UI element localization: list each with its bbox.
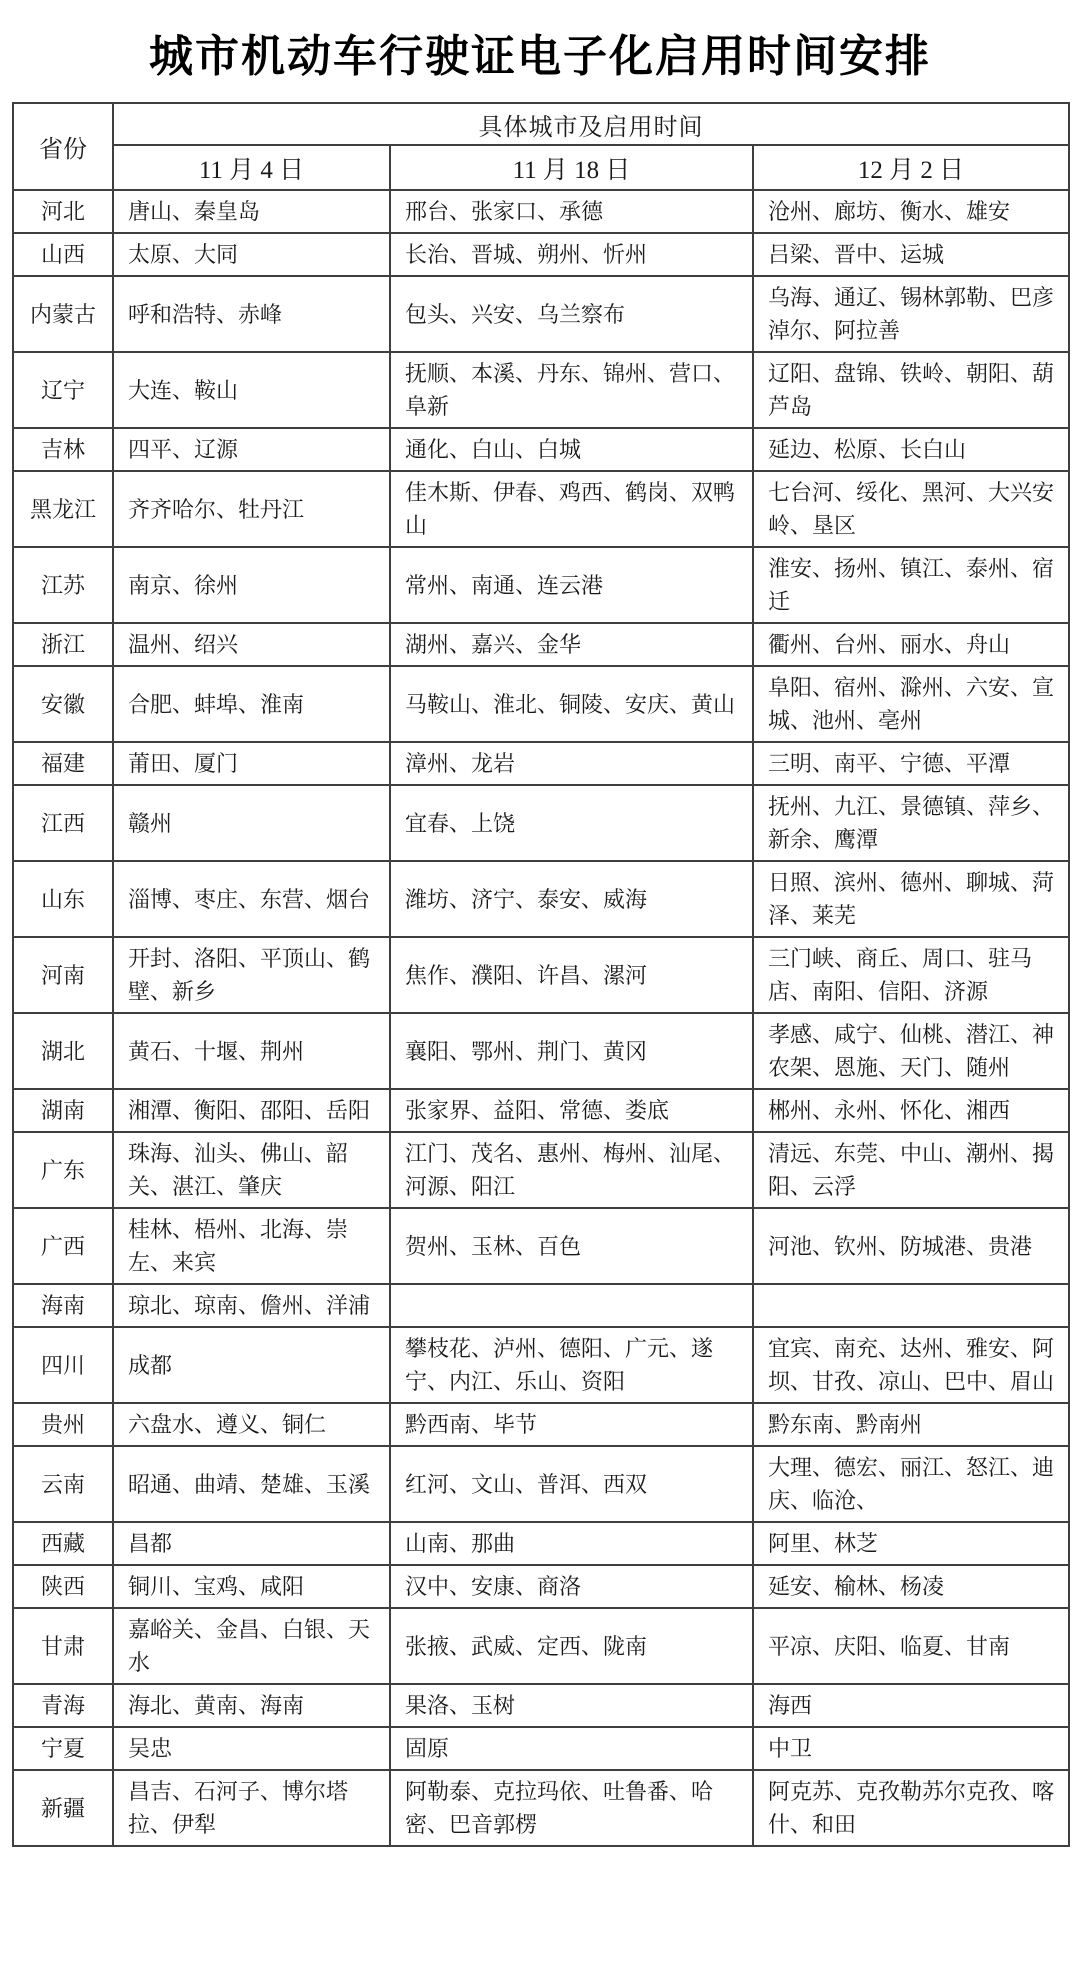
province-cell: 辽宁 [13,352,113,428]
table-row: 吉林四平、辽源通化、白山、白城延边、松原、长白山 [13,428,1069,471]
cities-cell-d1202: 宜宾、南充、达州、雅安、阿坝、甘孜、凉山、巴中、眉山 [753,1327,1069,1403]
cities-cell-d1118: 潍坊、济宁、泰安、威海 [390,861,753,937]
table-row: 广东珠海、汕头、佛山、韶关、湛江、肇庆江门、茂名、惠州、梅州、汕尾、河源、阳江清… [13,1132,1069,1208]
cities-cell-d1104: 昌吉、石河子、博尔塔拉、伊犁 [113,1770,390,1846]
province-cell: 四川 [13,1327,113,1403]
page-title: 城市机动车行驶证电子化启用时间安排 [0,0,1080,102]
cities-cell-d1118: 张掖、武威、定西、陇南 [390,1608,753,1684]
schedule-table: 省份 具体城市及启用时间 11 月 4 日 11 月 18 日 12 月 2 日… [12,102,1070,1847]
province-cell: 广西 [13,1208,113,1284]
cities-cell-d1202 [753,1284,1069,1327]
cities-cell-d1104: 温州、绍兴 [113,623,390,666]
cities-cell-d1118: 包头、兴安、乌兰察布 [390,276,753,352]
cities-cell-d1202: 河池、钦州、防城港、贵港 [753,1208,1069,1284]
table-row: 新疆昌吉、石河子、博尔塔拉、伊犁阿勒泰、克拉玛依、吐鲁番、哈密、巴音郭楞阿克苏、… [13,1770,1069,1846]
table-body: 河北唐山、秦皇岛邢台、张家口、承德沧州、廊坊、衡水、雄安山西太原、大同长治、晋城… [13,190,1069,1846]
table-row: 海南琼北、琼南、儋州、洋浦 [13,1284,1069,1327]
cities-cell-d1118: 阿勒泰、克拉玛依、吐鲁番、哈密、巴音郭楞 [390,1770,753,1846]
cities-cell-d1118: 红河、文山、普洱、西双 [390,1446,753,1522]
cities-cell-d1104: 莆田、厦门 [113,742,390,785]
cities-cell-d1104: 大连、鞍山 [113,352,390,428]
province-cell: 安徽 [13,666,113,742]
cities-cell-d1118: 马鞍山、淮北、铜陵、安庆、黄山 [390,666,753,742]
cities-cell-d1104: 桂林、梧州、北海、崇左、来宾 [113,1208,390,1284]
cities-cell-d1202: 清远、东莞、中山、潮州、揭阳、云浮 [753,1132,1069,1208]
cities-cell-d1202: 七台河、绥化、黑河、大兴安岭、垦区 [753,471,1069,547]
province-cell: 青海 [13,1684,113,1727]
table-row: 湖北黄石、十堰、荆州襄阳、鄂州、荆门、黄冈孝感、咸宁、仙桃、潜江、神农架、恩施、… [13,1013,1069,1089]
cities-cell-d1118: 张家界、益阳、常德、娄底 [390,1089,753,1132]
province-cell: 内蒙古 [13,276,113,352]
cities-cell-d1202: 三门峡、商丘、周口、驻马店、南阳、信阳、济源 [753,937,1069,1013]
province-cell: 湖北 [13,1013,113,1089]
province-cell: 西藏 [13,1522,113,1565]
province-cell: 河南 [13,937,113,1013]
cities-cell-d1104: 昭通、曲靖、楚雄、玉溪 [113,1446,390,1522]
cities-cell-d1118: 汉中、安康、商洛 [390,1565,753,1608]
cities-cell-d1202: 阿克苏、克孜勒苏尔克孜、喀什、和田 [753,1770,1069,1846]
cities-cell-d1118: 湖州、嘉兴、金华 [390,623,753,666]
cities-cell-d1202: 平凉、庆阳、临夏、甘南 [753,1608,1069,1684]
cities-cell-d1118: 江门、茂名、惠州、梅州、汕尾、河源、阳江 [390,1132,753,1208]
table-row: 甘肃嘉峪关、金昌、白银、天水张掖、武威、定西、陇南平凉、庆阳、临夏、甘南 [13,1608,1069,1684]
header-row-dates: 11 月 4 日 11 月 18 日 12 月 2 日 [13,145,1069,190]
cities-cell-d1118: 抚顺、本溪、丹东、锦州、营口、阜新 [390,352,753,428]
province-cell: 山东 [13,861,113,937]
cities-cell-d1118: 固原 [390,1727,753,1770]
cities-cell-d1118: 襄阳、鄂州、荆门、黄冈 [390,1013,753,1089]
province-cell: 吉林 [13,428,113,471]
cities-cell-d1104: 湘潭、衡阳、邵阳、岳阳 [113,1089,390,1132]
table-row: 辽宁大连、鞍山抚顺、本溪、丹东、锦州、营口、阜新辽阳、盘锦、铁岭、朝阳、葫芦岛 [13,352,1069,428]
province-cell: 江苏 [13,547,113,623]
cities-cell-d1202: 黔东南、黔南州 [753,1403,1069,1446]
cities-cell-d1104: 合肥、蚌埠、淮南 [113,666,390,742]
table-row: 湖南湘潭、衡阳、邵阳、岳阳张家界、益阳、常德、娄底郴州、永州、怀化、湘西 [13,1089,1069,1132]
cities-cell-d1202: 延安、榆林、杨凌 [753,1565,1069,1608]
cities-cell-d1202: 阜阳、宿州、滁州、六安、宣城、池州、亳州 [753,666,1069,742]
cities-cell-d1202: 吕梁、晋中、运城 [753,233,1069,276]
cities-cell-d1202: 淮安、扬州、镇江、泰州、宿迁 [753,547,1069,623]
province-cell: 黑龙江 [13,471,113,547]
cities-cell-d1202: 衢州、台州、丽水、舟山 [753,623,1069,666]
group-header: 具体城市及启用时间 [113,103,1069,145]
table-row: 江苏南京、徐州常州、南通、连云港淮安、扬州、镇江、泰州、宿迁 [13,547,1069,623]
cities-cell-d1118: 黔西南、毕节 [390,1403,753,1446]
table-row: 浙江温州、绍兴湖州、嘉兴、金华衢州、台州、丽水、舟山 [13,623,1069,666]
cities-cell-d1104: 呼和浩特、赤峰 [113,276,390,352]
cities-cell-d1118: 常州、南通、连云港 [390,547,753,623]
cities-cell-d1118: 长治、晋城、朔州、忻州 [390,233,753,276]
cities-cell-d1104: 开封、洛阳、平顶山、鹤壁、新乡 [113,937,390,1013]
cities-cell-d1104: 海北、黄南、海南 [113,1684,390,1727]
province-cell: 甘肃 [13,1608,113,1684]
cities-cell-d1202: 辽阳、盘锦、铁岭、朝阳、葫芦岛 [753,352,1069,428]
date-header-dec2: 12 月 2 日 [753,145,1069,190]
cities-cell-d1104: 四平、辽源 [113,428,390,471]
table-row: 宁夏吴忠固原中卫 [13,1727,1069,1770]
table-row: 广西桂林、梧州、北海、崇左、来宾贺州、玉林、百色河池、钦州、防城港、贵港 [13,1208,1069,1284]
table-row: 黑龙江齐齐哈尔、牡丹江佳木斯、伊春、鸡西、鹤岗、双鸭山七台河、绥化、黑河、大兴安… [13,471,1069,547]
province-cell: 浙江 [13,623,113,666]
cities-cell-d1118: 攀枝花、泸州、德阳、广元、遂宁、内江、乐山、资阳 [390,1327,753,1403]
province-column-header: 省份 [13,103,113,190]
province-cell: 福建 [13,742,113,785]
province-cell: 宁夏 [13,1727,113,1770]
cities-cell-d1118: 邢台、张家口、承德 [390,190,753,233]
cities-cell-d1118: 漳州、龙岩 [390,742,753,785]
cities-cell-d1118 [390,1284,753,1327]
province-cell: 云南 [13,1446,113,1522]
date-header-nov18: 11 月 18 日 [390,145,753,190]
table-row: 山西太原、大同长治、晋城、朔州、忻州吕梁、晋中、运城 [13,233,1069,276]
header-row-group: 省份 具体城市及启用时间 [13,103,1069,145]
province-cell: 贵州 [13,1403,113,1446]
cities-cell-d1104: 南京、徐州 [113,547,390,623]
cities-cell-d1202: 中卫 [753,1727,1069,1770]
page: 城市机动车行驶证电子化启用时间安排 省份 具体城市及启用时间 11 月 4 日 … [0,0,1080,1973]
cities-cell-d1118: 果洛、玉树 [390,1684,753,1727]
table-row: 河南开封、洛阳、平顶山、鹤壁、新乡焦作、濮阳、许昌、漯河三门峡、商丘、周口、驻马… [13,937,1069,1013]
cities-cell-d1118: 佳木斯、伊春、鸡西、鹤岗、双鸭山 [390,471,753,547]
table-header: 省份 具体城市及启用时间 11 月 4 日 11 月 18 日 12 月 2 日 [13,103,1069,190]
province-cell: 陕西 [13,1565,113,1608]
cities-cell-d1202: 延边、松原、长白山 [753,428,1069,471]
province-cell: 湖南 [13,1089,113,1132]
province-cell: 河北 [13,190,113,233]
cities-cell-d1104: 琼北、琼南、儋州、洋浦 [113,1284,390,1327]
cities-cell-d1104: 珠海、汕头、佛山、韶关、湛江、肇庆 [113,1132,390,1208]
table-row: 江西赣州宜春、上饶抚州、九江、景德镇、萍乡、新余、鹰潭 [13,785,1069,861]
cities-cell-d1104: 唐山、秦皇岛 [113,190,390,233]
cities-cell-d1118: 通化、白山、白城 [390,428,753,471]
cities-cell-d1202: 郴州、永州、怀化、湘西 [753,1089,1069,1132]
table-row: 西藏昌都山南、那曲阿里、林芝 [13,1522,1069,1565]
cities-cell-d1104: 六盘水、遵义、铜仁 [113,1403,390,1446]
date-header-nov4: 11 月 4 日 [113,145,390,190]
province-cell: 新疆 [13,1770,113,1846]
table-row: 贵州六盘水、遵义、铜仁黔西南、毕节黔东南、黔南州 [13,1403,1069,1446]
cities-cell-d1202: 抚州、九江、景德镇、萍乡、新余、鹰潭 [753,785,1069,861]
table-row: 河北唐山、秦皇岛邢台、张家口、承德沧州、廊坊、衡水、雄安 [13,190,1069,233]
cities-cell-d1104: 铜川、宝鸡、咸阳 [113,1565,390,1608]
table-row: 四川成都攀枝花、泸州、德阳、广元、遂宁、内江、乐山、资阳宜宾、南充、达州、雅安、… [13,1327,1069,1403]
cities-cell-d1118: 焦作、濮阳、许昌、漯河 [390,937,753,1013]
table-row: 青海海北、黄南、海南果洛、玉树海西 [13,1684,1069,1727]
cities-cell-d1202: 孝感、咸宁、仙桃、潜江、神农架、恩施、天门、随州 [753,1013,1069,1089]
cities-cell-d1202: 日照、滨州、德州、聊城、菏泽、莱芜 [753,861,1069,937]
cities-cell-d1118: 贺州、玉林、百色 [390,1208,753,1284]
cities-cell-d1104: 昌都 [113,1522,390,1565]
cities-cell-d1202: 海西 [753,1684,1069,1727]
table-row: 内蒙古呼和浩特、赤峰包头、兴安、乌兰察布乌海、通辽、锡林郭勒、巴彦淖尔、阿拉善 [13,276,1069,352]
cities-cell-d1202: 三明、南平、宁德、平潭 [753,742,1069,785]
cities-cell-d1118: 山南、那曲 [390,1522,753,1565]
province-cell: 山西 [13,233,113,276]
province-cell: 江西 [13,785,113,861]
cities-cell-d1202: 乌海、通辽、锡林郭勒、巴彦淖尔、阿拉善 [753,276,1069,352]
cities-cell-d1104: 嘉峪关、金昌、白银、天水 [113,1608,390,1684]
table-row: 云南昭通、曲靖、楚雄、玉溪红河、文山、普洱、西双大理、德宏、丽江、怒江、迪庆、临… [13,1446,1069,1522]
cities-cell-d1104: 成都 [113,1327,390,1403]
table-row: 安徽合肥、蚌埠、淮南马鞍山、淮北、铜陵、安庆、黄山阜阳、宿州、滁州、六安、宣城、… [13,666,1069,742]
cities-cell-d1202: 阿里、林芝 [753,1522,1069,1565]
cities-cell-d1104: 淄博、枣庄、东营、烟台 [113,861,390,937]
cities-cell-d1202: 沧州、廊坊、衡水、雄安 [753,190,1069,233]
province-cell: 广东 [13,1132,113,1208]
cities-cell-d1104: 太原、大同 [113,233,390,276]
cities-cell-d1104: 黄石、十堰、荆州 [113,1013,390,1089]
table-row: 福建莆田、厦门漳州、龙岩三明、南平、宁德、平潭 [13,742,1069,785]
table-row: 山东淄博、枣庄、东营、烟台潍坊、济宁、泰安、威海日照、滨州、德州、聊城、菏泽、莱… [13,861,1069,937]
cities-cell-d1104: 赣州 [113,785,390,861]
province-cell: 海南 [13,1284,113,1327]
cities-cell-d1202: 大理、德宏、丽江、怒江、迪庆、临沧、 [753,1446,1069,1522]
cities-cell-d1104: 吴忠 [113,1727,390,1770]
table-row: 陕西铜川、宝鸡、咸阳汉中、安康、商洛延安、榆林、杨凌 [13,1565,1069,1608]
cities-cell-d1118: 宜春、上饶 [390,785,753,861]
cities-cell-d1104: 齐齐哈尔、牡丹江 [113,471,390,547]
